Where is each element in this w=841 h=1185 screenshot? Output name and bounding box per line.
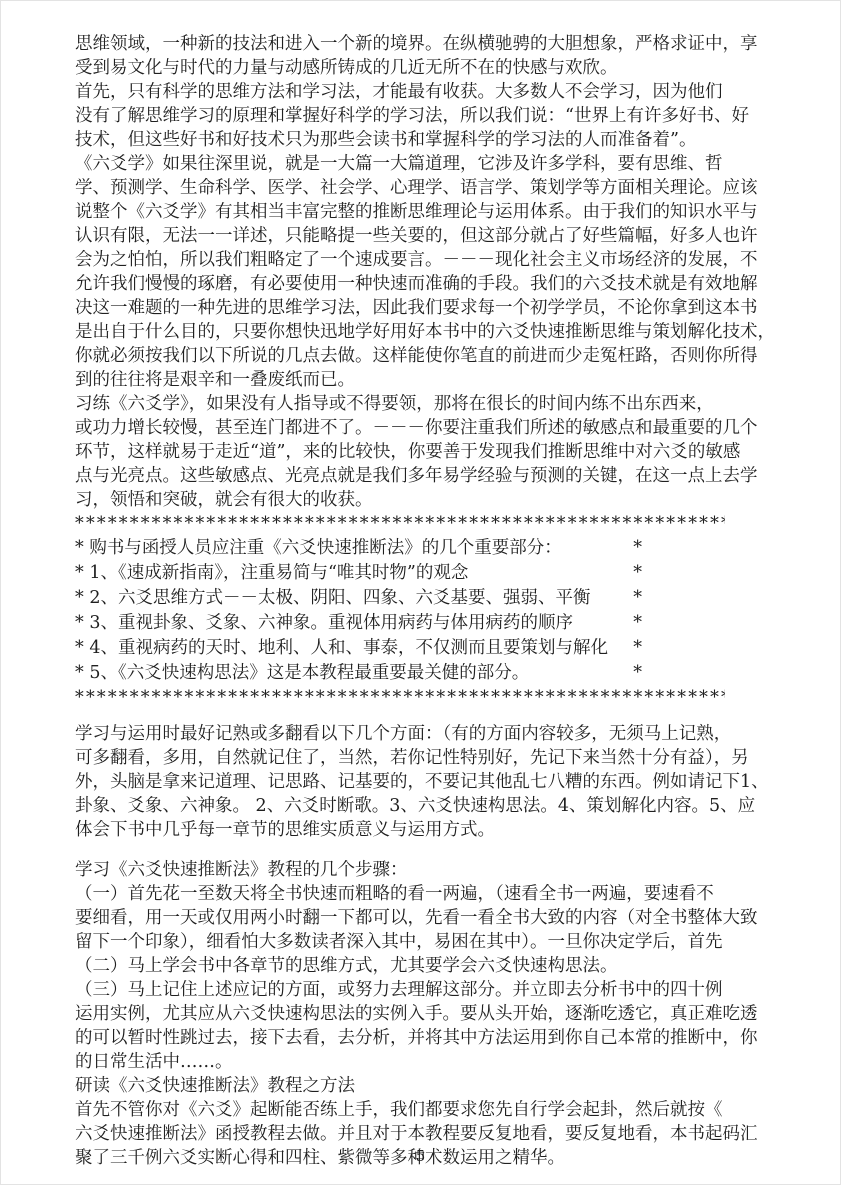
- text-line: 习练《六爻学》，如果没有人指导或不得要领，那将在很长的时间内练不出东西来，: [75, 392, 767, 416]
- text-line: 环节，这样就易于走近“道”，来的比较快，你要善于发现我们推断思维中对六爻的敏感: [75, 440, 767, 464]
- text-line: 说整个《六爻学》有其相当丰富完整的推断思维理论与运用体系。由于我们的知识水平与: [75, 200, 767, 224]
- separator-line: ****************************************…: [75, 512, 725, 536]
- text-line: 受到易文化与时代的力量与动感所铸成的几近无所不在的快感与欢欣。: [75, 56, 767, 80]
- text-line: 可多翻看，多用，自然就记住了，当然，若你记性特别好，先记下来当然十分有益），另: [75, 746, 767, 770]
- page-number: 5: [0, 1147, 841, 1165]
- star-row-text: * 2、六爻思维方式－－太极、阴阳、四象、六爻基要、强弱、平衡: [75, 586, 590, 611]
- text-line: 允许我们慢慢的琢磨，有必要使用一种快速而准确的手段。我们的六爻技术就是有效地解: [75, 272, 767, 296]
- text-line: 的日常生活中……。: [75, 1050, 767, 1074]
- star-row: * 5、《六爻快速构思法》这是本教程最重要最关健的部分。*: [75, 661, 642, 686]
- text-line: 首先，只有科学的思维方法和学习法，才能最有收获。大多数人不会学习，因为他们: [75, 80, 767, 104]
- star-row: * 1、《速成新指南》，注重易简与“唯其时物”的观念*: [75, 561, 642, 586]
- text-line: 要细看，用一天或仅用两小时翻一下都可以，先看一看全书大致的内容（对全书整体大致: [75, 906, 767, 930]
- text-line: 学习与运用时最好记熟或多翻看以下几个方面：（有的方面内容较多，无须马上记熟，: [75, 722, 767, 746]
- text-line: （二）马上学会书中各章节的思维方式，尤其要学会六爻快速构思法。: [75, 954, 767, 978]
- text-line: 运用实例，尤其应从六爻快速构思法的实例入手。要从头开始，逐渐吃透它，真正难吃透: [75, 1002, 767, 1026]
- star-row: * 4、重视病药的天时、地利、人和、事泰，不仅测而且要策划与解化*: [75, 636, 642, 661]
- text-line: 学习《六爻快速推断法》教程的几个步骤：: [75, 858, 767, 882]
- text-line: 学、预测学、生命科学、医学、社会学、心理学、语言学、策划学等方面相关理论。应该: [75, 176, 767, 200]
- star-row-text: * 5、《六爻快速构思法》这是本教程最重要最关健的部分。: [75, 661, 529, 686]
- star-row-mark: *: [633, 561, 642, 586]
- text-line: 会为之怕怕，所以我们粗略定了一个速成要言。－－－现化社会主义市场经济的发展，不: [75, 248, 767, 272]
- page-content: 思维领域，一种新的技法和进入一个新的境界。在纵横驰骋的大胆想象，严格求证中，享受…: [75, 32, 767, 1170]
- text-line: 认识有限，无法一一详述，只能略提一些关要的，但这部分就占了好些篇幅，好多人也许: [75, 224, 767, 248]
- text-line: 外，头脑是拿来记道理、记思路、记基要的，不要记其他乱七八糟的东西。例如请记下1、: [75, 770, 767, 794]
- text-line: （三）马上记住上述应记的方面，或努力去理解这部分。并立即去分析书中的四十例: [75, 978, 767, 1002]
- text-line: 体会下书中几乎每一章节的思维实质意义与运用方式。: [75, 818, 767, 842]
- paragraph-gap: [75, 842, 767, 858]
- star-row-text: * 3、重视卦象、爻象、六神象。重视体用病药与体用病药的顺序: [75, 611, 573, 636]
- text-line: 研读《六爻快速推断法》教程之方法: [75, 1074, 767, 1098]
- text-line: 卦象、爻象、六神象。 2、六爻时断歌。3、六爻快速构思法。4、策划解化内容。5、…: [75, 794, 767, 818]
- paragraph-gap: [75, 710, 767, 722]
- text-line: 点与光亮点。这些敏感点、光亮点就是我们多年易学经验与预测的关键，在这一点上去学: [75, 464, 767, 488]
- text-line: 是出自于什么目的，只要你想快迅地学好用好本书中的六爻快速推断思维与策划解化技术，: [75, 320, 767, 344]
- star-row: * 2、六爻思维方式－－太极、阴阳、四象、六爻基要、强弱、平衡*: [75, 586, 642, 611]
- text-line: 你就必须按我们以下所说的几点去做。这样能使你笔直的前进而少走冤枉路，否则你所得: [75, 344, 767, 368]
- text-line: 《六爻学》如果往深里说，就是一大篇一大篇道理，它涉及许多学科，要有思维、哲: [75, 152, 767, 176]
- star-row-mark: *: [633, 536, 642, 561]
- star-row-text: * 1、《速成新指南》，注重易简与“唯其时物”的观念: [75, 561, 468, 586]
- star-row-text: * 4、重视病药的天时、地利、人和、事泰，不仅测而且要策划与解化: [75, 636, 608, 661]
- text-line: 到的往往将是艰辛和一叠废纸而已。: [75, 368, 767, 392]
- text-line: （一）首先花一至数天将全书快速而粗略的看一两遍，（速看全书一两遍，要速看不: [75, 882, 767, 906]
- text-line: 六爻快速推断法》函授教程去做。并且对于本教程要反复地看，要反复地看，本书起码汇: [75, 1122, 767, 1146]
- text-line: 留下一个印象），细看怕大多数读者深入其中，易困在其中）。一旦你决定学后，首先: [75, 930, 767, 954]
- document-page: { "page_number": "5", "content": { "bloc…: [0, 0, 841, 1185]
- star-row: * 3、重视卦象、爻象、六神象。重视体用病药与体用病药的顺序*: [75, 611, 642, 636]
- star-row-mark: *: [633, 586, 642, 611]
- text-line: 首先不管你对《六爻》起断能否练上手，我们都要求您先自行学会起卦，然后就按《: [75, 1098, 767, 1122]
- text-line: 没有了解思维学习的原理和掌握好科学的学习法，所以我们说：“世界上有许多好书、好: [75, 104, 767, 128]
- star-row-mark: *: [633, 636, 642, 661]
- text-line: 技术，但这些好书和好技术只为那些会读书和掌握科学的学习法的人而准备着”。: [75, 128, 767, 152]
- text-line: 的可以暂时性跳过去，接下去看，去分析，并将其中方法运用到你自己本常的推断中，你: [75, 1026, 767, 1050]
- separator-line: ****************************************…: [75, 686, 725, 710]
- text-line: 决这一难题的一种先进的思维学习法，因此我们要求每一个初学学员，不论你拿到这本书: [75, 296, 767, 320]
- text-line: 习，领悟和突破，就会有很大的收获。: [75, 488, 767, 512]
- text-line: 或功力增长较慢，甚至连门都进不了。－－－你要注重我们所述的敏感点和最重要的几个: [75, 416, 767, 440]
- star-row: * 购书与函授人员应注重《六爻快速推断法》的几个重要部分：*: [75, 536, 642, 561]
- star-row-text: * 购书与函授人员应注重《六爻快速推断法》的几个重要部分：: [75, 536, 562, 561]
- text-line: 思维领域，一种新的技法和进入一个新的境界。在纵横驰骋的大胆想象，严格求证中，享: [75, 32, 767, 56]
- star-row-mark: *: [633, 661, 642, 686]
- star-row-mark: *: [633, 611, 642, 636]
